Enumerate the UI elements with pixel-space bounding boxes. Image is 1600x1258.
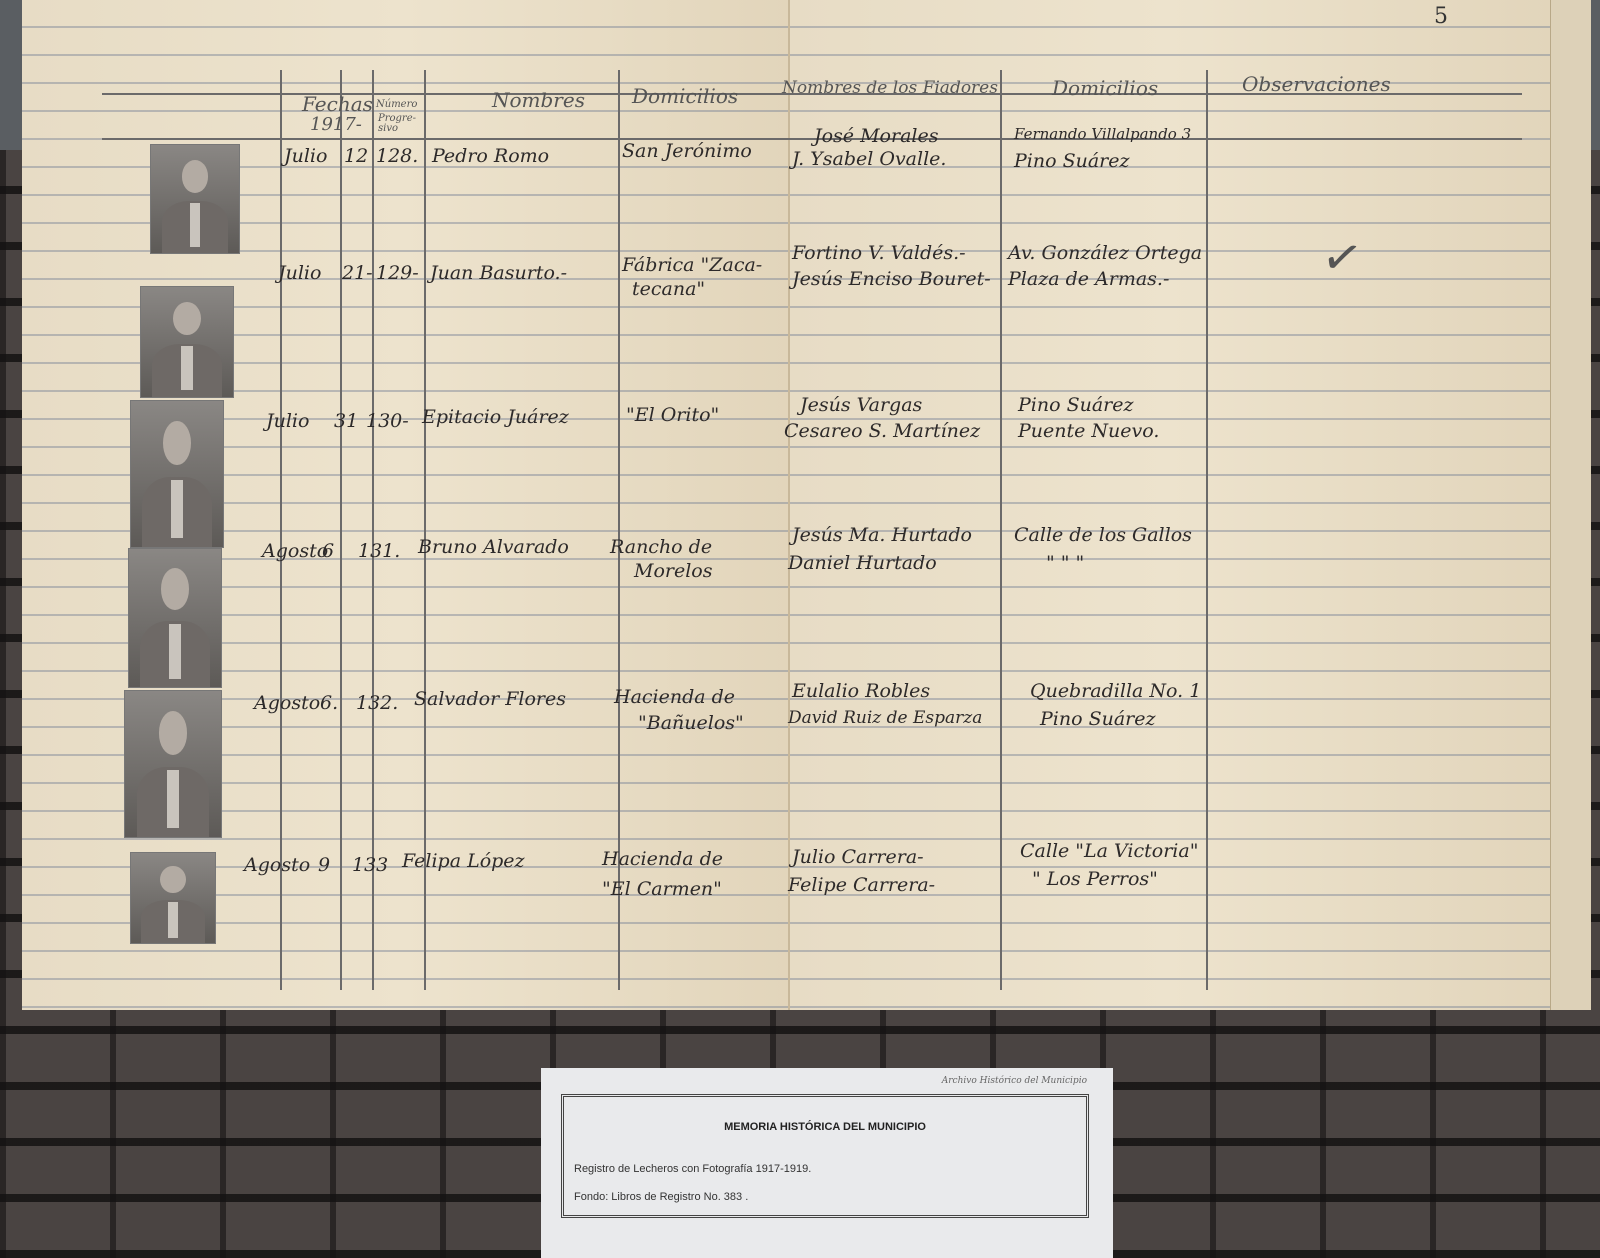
entry-name: Pedro Romo — [432, 145, 549, 167]
exhibit-label-card: Archivo Histórico del Municipio MEMORIA … — [541, 1068, 1113, 1258]
header-observaciones: Observaciones — [1242, 72, 1391, 96]
ledger-book: Fechas 1917- Número Progre-sivo Nombres … — [22, 0, 1570, 1010]
header-year: 1917- — [310, 114, 362, 135]
entry-month: Agosto — [254, 692, 320, 714]
entry-name: Bruno Alvarado — [418, 536, 569, 558]
entry-name: Salvador Flores — [414, 688, 566, 710]
portrait-photo-131 — [128, 548, 222, 688]
page-edges — [1550, 0, 1591, 1010]
entry-number: 132. — [356, 692, 398, 714]
header-numero: Número — [376, 100, 417, 110]
guarantor-address-2: Puente Nuevo. — [1018, 420, 1159, 442]
header-progresivo: Progre-sivo — [378, 114, 418, 134]
guarantor-1: Fortino V. Valdés.- — [792, 242, 966, 264]
entry-number: 131. — [358, 540, 400, 562]
entry-name: Juan Basurto.- — [430, 262, 567, 284]
guarantor-address-1: Av. González Ortega — [1008, 242, 1202, 264]
entry-month: Julio — [284, 145, 327, 167]
guarantor-address-2: " " " — [1046, 552, 1084, 574]
entry-address-2: "Bañuelos" — [638, 712, 744, 734]
guarantor-2: Felipe Carrera- — [788, 874, 935, 896]
guarantor-address-1: Calle de los Gallos — [1014, 524, 1192, 546]
guarantor-1: Eulalio Robles — [792, 680, 930, 702]
entry-day: 31 — [334, 410, 358, 432]
guarantor-address-2: Plaza de Armas.- — [1008, 268, 1169, 290]
entry-address: "El Orito" — [626, 404, 719, 426]
portrait-photo-130 — [130, 400, 224, 548]
archive-script-heading: Archivo Histórico del Municipio — [942, 1076, 1087, 1086]
column-rule — [1206, 70, 1208, 990]
guarantor-address-1: Calle "La Victoria" — [1020, 840, 1198, 862]
column-rule — [372, 70, 374, 990]
entry-address: San Jerónimo — [622, 140, 752, 162]
entry-address: Hacienda de — [602, 848, 723, 870]
entry-address: Hacienda de — [614, 686, 735, 708]
entry-number: 130- — [366, 410, 409, 432]
entry-day: 12 — [344, 145, 368, 167]
guarantor-address-2: " Los Perros" — [1032, 868, 1158, 890]
portrait-photo-128 — [150, 144, 240, 254]
entry-month: Agosto — [262, 540, 328, 562]
entry-number: 133 — [352, 854, 388, 876]
entry-name: Epitacio Juárez — [422, 406, 569, 428]
entry-month: Agosto — [244, 854, 310, 876]
header-bottom-rule — [102, 138, 1522, 140]
column-rule — [280, 70, 282, 990]
entry-day: 6. — [320, 692, 338, 714]
entry-address: Fábrica "Zaca- — [622, 254, 762, 276]
guarantor-1: Julio Carrera- — [792, 846, 924, 868]
header-fechas: Fechas — [302, 92, 373, 116]
entry-day: 9 — [318, 854, 330, 876]
portrait-photo-129 — [140, 286, 234, 398]
guarantor-1: Jesús Ma. Hurtado — [792, 524, 972, 546]
entry-number: 128. — [376, 145, 418, 167]
exhibit-label-box: MEMORIA HISTÓRICA DEL MUNICIPIO Registro… — [561, 1094, 1089, 1218]
guarantor-2: Cesareo S. Martínez — [784, 420, 980, 442]
header-domicilios: Domicilios — [632, 84, 738, 108]
entry-address-2: "El Carmen" — [602, 878, 722, 900]
guarantor-address-1: Pino Suárez — [1018, 394, 1134, 416]
guarantor-2: Jesús Enciso Bouret- — [792, 268, 991, 290]
guarantor-1: Jesús Vargas — [800, 394, 922, 416]
exhibit-fondo: Fondo: Libros de Registro No. 383 . — [574, 1191, 748, 1203]
entry-address-2: tecana" — [632, 278, 705, 300]
guarantor-1: José Morales — [814, 125, 938, 147]
guarantor-2: J. Ysabel Ovalle. — [792, 148, 946, 170]
entry-day: 6 — [322, 540, 334, 562]
entry-number: 129- — [376, 262, 419, 284]
column-rule — [1000, 70, 1002, 990]
entry-day: 21- — [342, 262, 373, 284]
guarantor-address-2: Pino Suárez — [1040, 708, 1156, 730]
portrait-photo-132 — [124, 690, 222, 838]
guarantor-address-1: Fernando Villalpando 3 — [1014, 125, 1191, 143]
guarantor-2: David Ruiz de Esparza — [788, 708, 982, 728]
header-domicilios-fiadores: Domicilios — [1052, 76, 1158, 100]
guarantor-address-2: Pino Suárez — [1014, 150, 1130, 172]
guarantor-address-1: Quebradilla No. 1 — [1030, 680, 1201, 702]
header-nombres: Nombres — [492, 88, 585, 112]
column-rule — [340, 70, 342, 990]
exhibit-title: MEMORIA HISTÓRICA DEL MUNICIPIO — [564, 1121, 1086, 1133]
page-number: 5 — [1434, 4, 1448, 29]
entry-month: Julio — [266, 410, 309, 432]
portrait-photo-133 — [130, 852, 216, 944]
entry-address: Rancho de — [610, 536, 712, 558]
header-nombres-fiadores: Nombres de los Fiadores — [782, 78, 998, 98]
entry-month: Julio — [278, 262, 321, 284]
entry-address-2: Morelos — [634, 560, 713, 582]
entry-name: Felipa López — [402, 850, 525, 872]
exhibit-description: Registro de Lecheros con Fotografía 1917… — [574, 1163, 811, 1175]
guarantor-2: Daniel Hurtado — [788, 552, 937, 574]
